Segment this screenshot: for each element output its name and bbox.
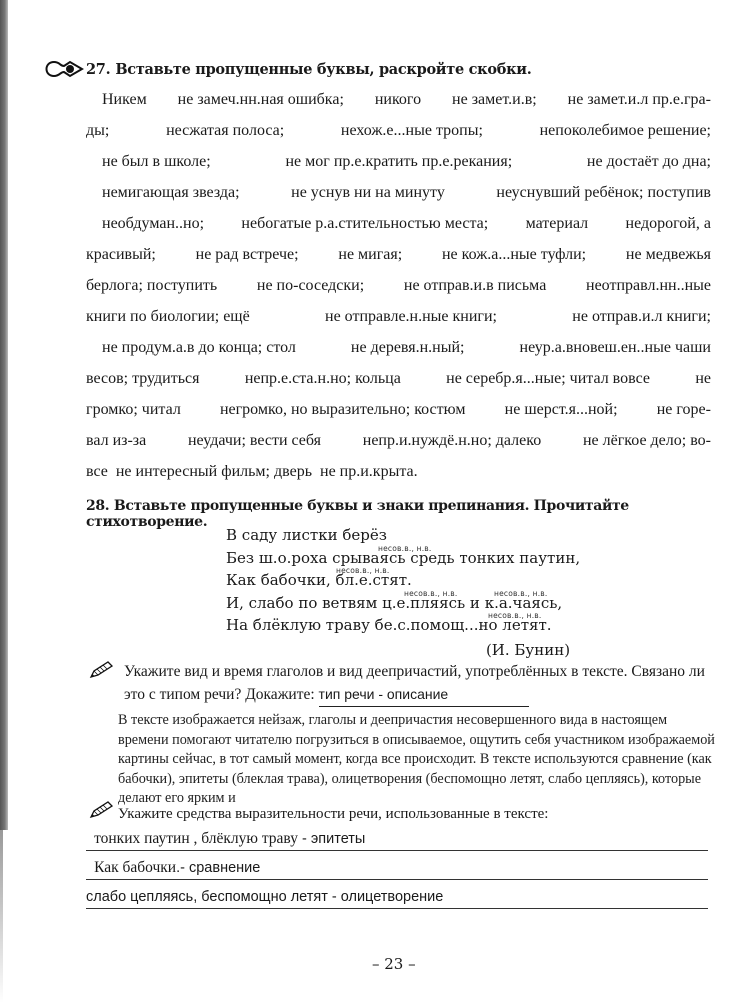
text-segment: не медвежья xyxy=(626,239,711,270)
pencil-icon xyxy=(88,660,114,680)
exercise-line: берлога; поступитьне по-соседски;не отпр… xyxy=(86,270,711,301)
text-segment: непоколебимое решение; xyxy=(540,115,711,146)
exercise-line: немигающая звезда;не уснув ни на минутун… xyxy=(86,177,711,208)
text-segment: материал xyxy=(526,208,589,239)
grammar-annotation: несов.в., н.в. xyxy=(404,583,458,606)
answer-line-2[interactable]: Как бабочки.- сравнение xyxy=(86,857,708,880)
text-segment: громко; читал xyxy=(86,394,181,425)
text-segment: не xyxy=(695,363,711,394)
text-segment: красивый; xyxy=(86,239,156,270)
text-segment: не замеч.нн.ная ошибка; xyxy=(178,84,344,115)
answer-line-3[interactable]: слабо цепляясь, беспомощно летят - олице… xyxy=(86,886,708,909)
answer-text-block[interactable]: В тексте изображается нейзаж, глаголы и … xyxy=(118,711,718,815)
text-segment: неур.а.вновеш.ен..ные чаши xyxy=(520,332,711,363)
text-segment: не кож.а...ные туфли; xyxy=(442,239,586,270)
task-1: Укажите вид и время глаголов и вид деепр… xyxy=(124,660,714,707)
text-segment: книги по биологии; ещё xyxy=(86,301,250,332)
arrow-target-icon xyxy=(40,58,84,80)
text-segment: вал из-за xyxy=(86,425,146,456)
text-segment: недорогой, а xyxy=(626,208,711,239)
text-segment: не замет.и.л пр.е.гра- xyxy=(568,84,711,115)
scan-shadow-edge-lower xyxy=(0,830,3,1003)
text-segment: не горе- xyxy=(657,394,711,425)
scan-shadow-edge xyxy=(0,0,8,830)
text-segment: негромко, но выразительно; костюм xyxy=(220,394,466,425)
text-segment: не отправле.н.ные книги; xyxy=(325,301,497,332)
text-segment: неуснувший ребёнок; поступив xyxy=(496,177,711,208)
text-segment: не достаёт до дна; xyxy=(587,146,711,177)
text-segment: неотправл.нн..ные xyxy=(586,270,711,301)
answer-label: - эпитеты xyxy=(298,831,365,847)
answer-quote: Как бабочки xyxy=(94,859,176,876)
text-segment: неудачи; вести себя xyxy=(188,425,321,456)
text-segment: не продум.а.в до конца; стол xyxy=(102,332,296,363)
poem-line: На блёклую траву бе.с.помощ...но летят.н… xyxy=(226,614,580,637)
page-number: – 23 – xyxy=(372,955,416,973)
exercise-line: не продум.а.в до конца; столне деревя.н.… xyxy=(86,332,711,363)
poem-line-text: В саду листки берёз xyxy=(226,526,387,544)
pencil-icon xyxy=(88,800,114,820)
answer-line-1[interactable]: тонких паутин , блёклую траву - эпитеты xyxy=(86,828,708,851)
text-segment: не рад встрече; xyxy=(196,239,299,270)
text-segment: не лёгкое дело; во- xyxy=(583,425,711,456)
exercise-27-text: Никемне замеч.нн.ная ошибка;никогоне зам… xyxy=(86,84,711,487)
grammar-annotation: несов.в., н.в. xyxy=(378,538,432,561)
text-segment: не серебр.я...ные; читал вовсе xyxy=(446,363,650,394)
text-segment: не отправ.и.в письма xyxy=(404,270,546,301)
text-segment: не интересный фильм; дверь xyxy=(116,456,312,487)
exercise-line: вал из-занеудачи; вести себянепр.и.нуждё… xyxy=(86,425,711,456)
text-segment: не деревя.н.ный; xyxy=(351,332,465,363)
text-segment: не по-соседски; xyxy=(257,270,364,301)
text-segment: не отправ.и.л книги; xyxy=(572,301,711,332)
text-segment: берлога; поступить xyxy=(86,270,217,301)
text-segment: весов; трудиться xyxy=(86,363,199,394)
text-segment: не уснув ни на минуту xyxy=(291,177,445,208)
text-segment: нехож.е...ные тропы; xyxy=(341,115,483,146)
exercise-number: 27. xyxy=(86,61,110,78)
text-segment: все xyxy=(86,456,108,487)
poem-author: (И. Бунин) xyxy=(226,639,580,662)
exercise-line: громко; читалнегромко, но выразительно; … xyxy=(86,394,711,425)
text-segment: необдуман..но; xyxy=(102,208,204,239)
answer-quote: тонких паутин , блёклую траву xyxy=(94,830,298,847)
text-segment: непр.е.ста.н.но; кольца xyxy=(245,363,401,394)
poem-line: Без ш.о.роха срываясь средь тонких паути… xyxy=(226,547,580,570)
grammar-annotation: несов.в., н.в. xyxy=(488,605,542,628)
task-2: Укажите средства выразительности речи, и… xyxy=(118,803,718,826)
exercise-number: 28. xyxy=(86,498,109,514)
exercise-line: не был в школе;не мог пр.е.кратить пр.е.… xyxy=(86,146,711,177)
grammar-annotation: несов.в., н.в. xyxy=(336,560,390,583)
task-2-prompt: Укажите средства выразительности речи, и… xyxy=(118,806,548,822)
text-segment: ды; xyxy=(86,115,109,146)
text-segment: непр.и.нуждё.н.но; далеко xyxy=(363,425,541,456)
text-segment: несжатая полоса; xyxy=(166,115,284,146)
answer-label: слабо цепляясь, беспомощно летят - олице… xyxy=(86,889,443,905)
text-segment: не замет.и.в; xyxy=(452,84,537,115)
text-segment: не был в школе; xyxy=(102,146,211,177)
answer-label: .- сравнение xyxy=(176,860,260,876)
exercise-line: всене интересный фильм; дверьне пр.и.кры… xyxy=(86,456,711,487)
exercise-line: весов; трудитьсянепр.е.ста.н.но; кольцан… xyxy=(86,363,711,394)
exercise-line: необдуман..но;небогатые р.а.стительность… xyxy=(86,208,711,239)
grammar-annotation: несов.в., н.в. xyxy=(494,583,548,606)
text-segment: Никем xyxy=(102,84,147,115)
text-segment: небогатые р.а.стительностью места; xyxy=(241,208,488,239)
exercise-line: книги по биологии; ещёне отправле.н.ные … xyxy=(86,301,711,332)
text-segment: не мог пр.е.кратить пр.е.рекания; xyxy=(285,146,512,177)
exercise-line: ды;несжатая полоса;нехож.е...ные тропы;н… xyxy=(86,115,711,146)
text-segment: не мигая; xyxy=(338,239,402,270)
exercise-27-header: 27. Вставьте пропущенные буквы, раскройт… xyxy=(40,58,531,80)
exercise-title: Вставьте пропущенные буквы, раскройте ск… xyxy=(115,61,531,78)
exercise-line: красивый;не рад встрече;не мигая;не кож.… xyxy=(86,239,711,270)
poem: В саду листки берёзБез ш.о.роха срываясь… xyxy=(226,524,580,661)
exercise-line: Никемне замеч.нн.ная ошибка;никогоне зам… xyxy=(86,84,711,115)
text-segment: немигающая звезда; xyxy=(102,177,240,208)
answer-field-speech-type[interactable]: тип речи - описание xyxy=(319,683,529,707)
text-segment: не пр.и.крыта. xyxy=(320,456,418,487)
text-segment: не шерст.я...ной; xyxy=(505,394,618,425)
text-segment: никого xyxy=(375,84,421,115)
